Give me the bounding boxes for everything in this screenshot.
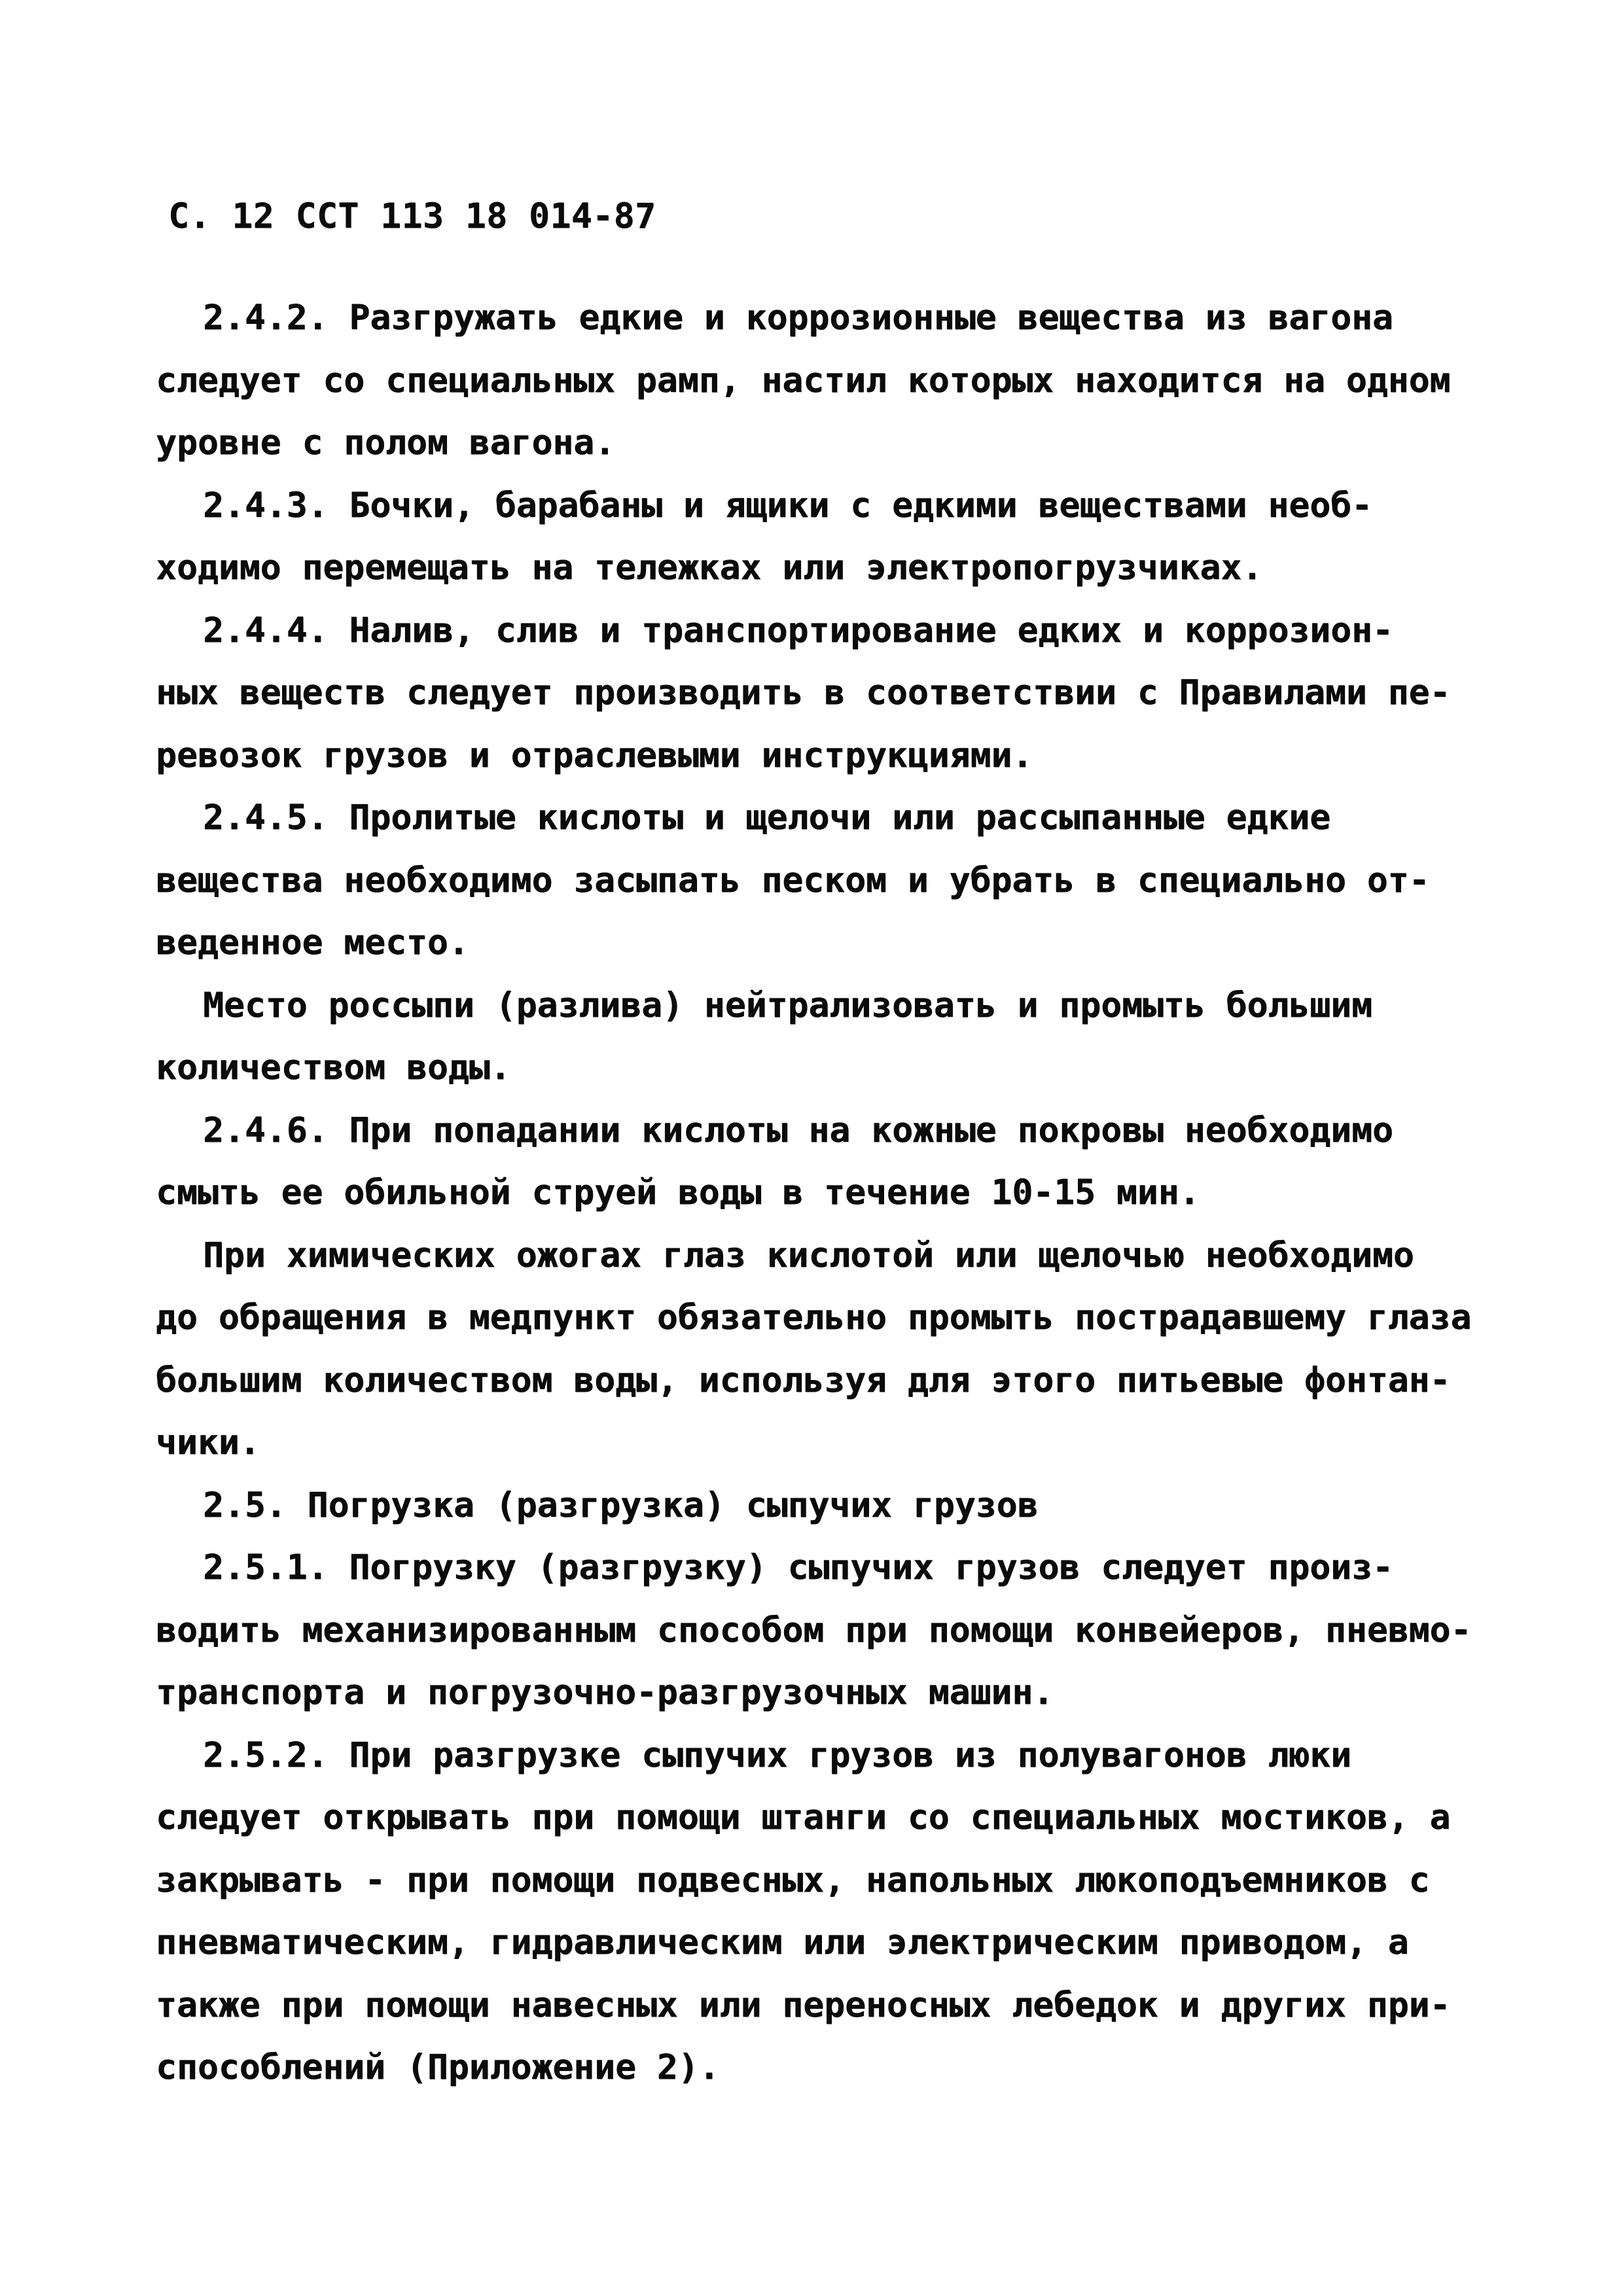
scanned-document-page: С. 12 ССТ 113 18 014-87 2.4.2. Разгружат… [0, 0, 1623, 2296]
text-line: также при помощи навесных или переносных… [156, 1974, 1530, 2037]
document-text-body: 2.4.2. Разгружать едкие и коррозионные в… [156, 287, 1530, 2099]
text-line: 2.5.2. При разгрузке сыпучих грузов из п… [156, 1724, 1530, 1787]
text-line: веденное место. [156, 911, 1530, 974]
text-line: пневматическим, гидравлическим или элект… [156, 1911, 1530, 1974]
text-line: транспорта и погрузочно-разгрузочных маш… [156, 1661, 1530, 1724]
text-line: 2.4.6. При попадании кислоты на кожные п… [156, 1099, 1530, 1162]
page-header-standard-number: С. 12 ССТ 113 18 014-87 [168, 196, 656, 236]
text-line: ревозок грузов и отраслевыми инструкциям… [156, 724, 1530, 787]
text-line: уровне с полом вагона. [156, 412, 1530, 474]
text-line: смыть ее обильной струей воды в течение … [156, 1161, 1530, 1224]
text-line: ходимо перемещать на тележках или электр… [156, 537, 1530, 599]
text-line: закрывать - при помощи подвесных, наполь… [156, 1849, 1530, 1912]
text-line: 2.4.5. Пролитые кислоты и щелочи или рас… [156, 786, 1530, 849]
text-line: 2.4.4. Налив, слив и транспортирование е… [156, 599, 1530, 662]
text-line: вещества необходимо засыпать песком и уб… [156, 849, 1530, 912]
text-line: Место россыпи (разлива) нейтрализовать и… [156, 974, 1530, 1037]
text-line: большим количеством воды, используя для … [156, 1349, 1530, 1412]
text-line: следует открывать при помощи штанги со с… [156, 1786, 1530, 1849]
text-line: 2.4.2. Разгружать едкие и коррозионные в… [156, 287, 1530, 349]
text-line: способлений (Приложение 2). [156, 2036, 1530, 2099]
text-line: ных веществ следует производить в соотве… [156, 662, 1530, 724]
text-line: чики. [156, 1411, 1530, 1474]
text-line: водить механизированным способом при пом… [156, 1599, 1530, 1662]
text-line: до обращения в медпункт обязательно пром… [156, 1286, 1530, 1349]
text-line: 2.5. Погрузка (разгрузка) сыпучих грузов [156, 1474, 1530, 1537]
text-line: количеством воды. [156, 1036, 1530, 1099]
text-line: 2.4.3. Бочки, барабаны и ящики с едкими … [156, 474, 1530, 537]
text-line: 2.5.1. Погрузку (разгрузку) сыпучих груз… [156, 1536, 1530, 1599]
text-line: При химических ожогах глаз кислотой или … [156, 1224, 1530, 1287]
text-line: следует со специальных рамп, настил кото… [156, 349, 1530, 412]
